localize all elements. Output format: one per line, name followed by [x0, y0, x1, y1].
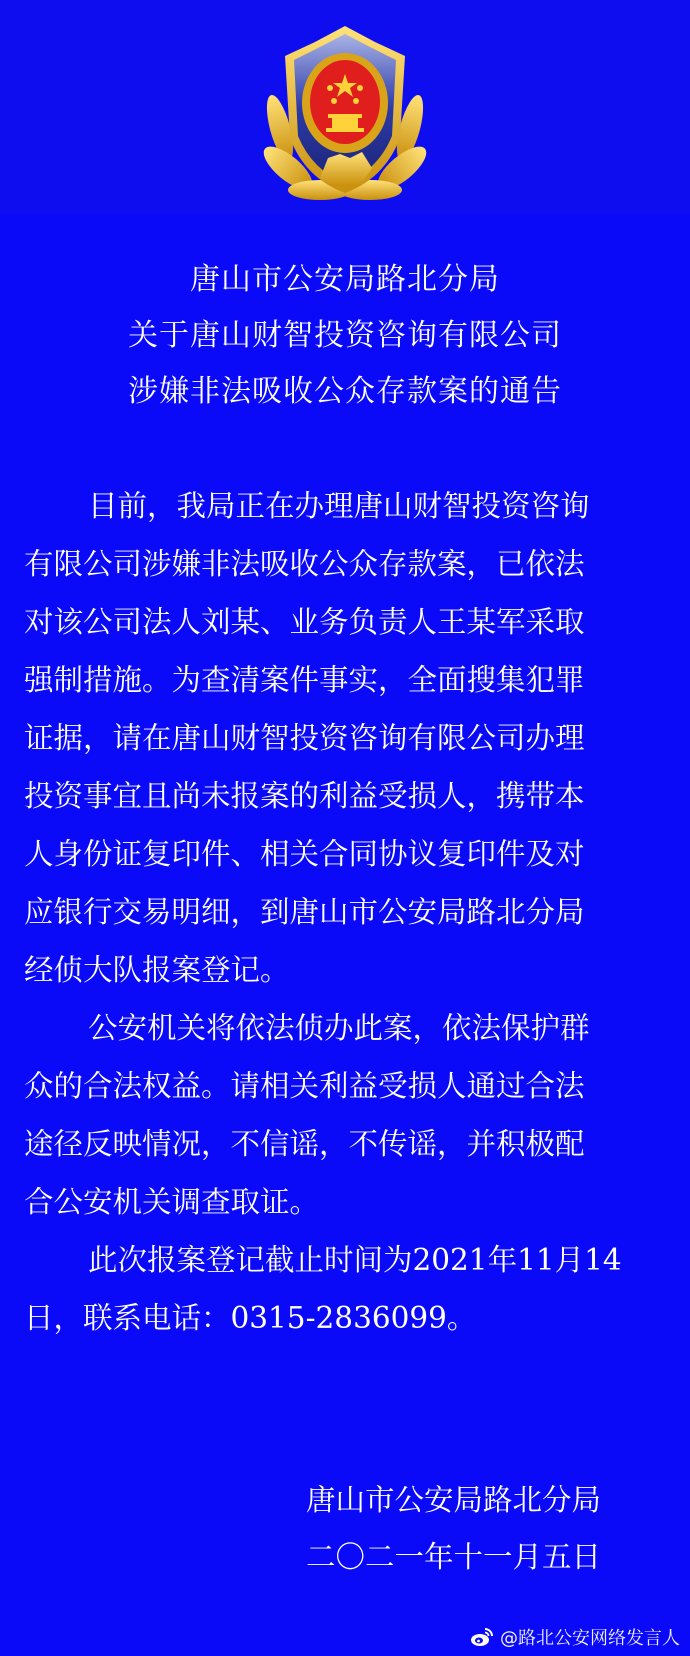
paragraph-deadline-contact: 此次报案登记截止时间为2021年11月14 日，联系电话：0315-283609…: [24, 1231, 664, 1347]
police-badge-emblem-icon: [250, 18, 440, 208]
body-line: 有限公司涉嫌非法吸收公众存款案，已依法: [24, 535, 664, 593]
body-line: 证据，请在唐山财智投资咨询有限公司办理: [24, 709, 664, 767]
signature-block: 唐山市公安局路北分局 二〇二一年十一月五日: [306, 1472, 601, 1586]
body-line: 众的合法权益。请相关利益受损人通过合法: [24, 1057, 664, 1115]
signature-issuer: 唐山市公安局路北分局: [306, 1472, 601, 1529]
body-line: 经侦大队报案登记。: [24, 941, 664, 999]
notice-body: 目前，我局正在办理唐山财智投资咨询 有限公司涉嫌非法吸收公众存款案，已依法 对该…: [24, 477, 664, 1347]
paragraph-public-notice: 公安机关将依法侦办此案，依法保护群 众的合法权益。请相关利益受损人通过合法 途径…: [24, 999, 664, 1231]
weibo-icon: [470, 1627, 494, 1647]
title-line-issuer: 唐山市公安局路北分局: [0, 252, 690, 308]
title-line-case: 涉嫌非法吸收公众存款案的通告: [0, 364, 690, 420]
weibo-watermark: @路北公安网络发言人: [470, 1624, 680, 1650]
notice-title: 唐山市公安局路北分局 关于唐山财智投资咨询有限公司 涉嫌非法吸收公众存款案的通告: [0, 252, 690, 420]
body-line: 对该公司法人刘某、业务负责人王某军采取: [24, 593, 664, 651]
body-line: 人身份证复印件、相关合同协议复印件及对: [24, 825, 664, 883]
body-line: 公安机关将依法侦办此案，依法保护群: [24, 999, 664, 1057]
body-line: 强制措施。为查清案件事实，全面搜集犯罪: [24, 651, 664, 709]
body-line: 日，联系电话：0315-2836099。: [24, 1289, 664, 1347]
header-band: [0, 0, 690, 214]
body-line: 投资事宜且尚未报案的利益受损人，携带本: [24, 767, 664, 825]
signature-date: 二〇二一年十一月五日: [306, 1529, 601, 1586]
paragraph-case-description: 目前，我局正在办理唐山财智投资咨询 有限公司涉嫌非法吸收公众存款案，已依法 对该…: [24, 477, 664, 999]
body-line: 此次报案登记截止时间为2021年11月14: [24, 1231, 664, 1289]
body-line: 目前，我局正在办理唐山财智投资咨询: [24, 477, 664, 535]
body-line: 合公安机关调查取证。: [24, 1173, 664, 1231]
title-line-subject: 关于唐山财智投资咨询有限公司: [0, 308, 690, 364]
watermark-text: @路北公安网络发言人: [500, 1624, 680, 1650]
body-line: 途径反映情况，不信谣，不传谣，并积极配: [24, 1115, 664, 1173]
body-line: 应银行交易明细，到唐山市公安局路北分局: [24, 883, 664, 941]
